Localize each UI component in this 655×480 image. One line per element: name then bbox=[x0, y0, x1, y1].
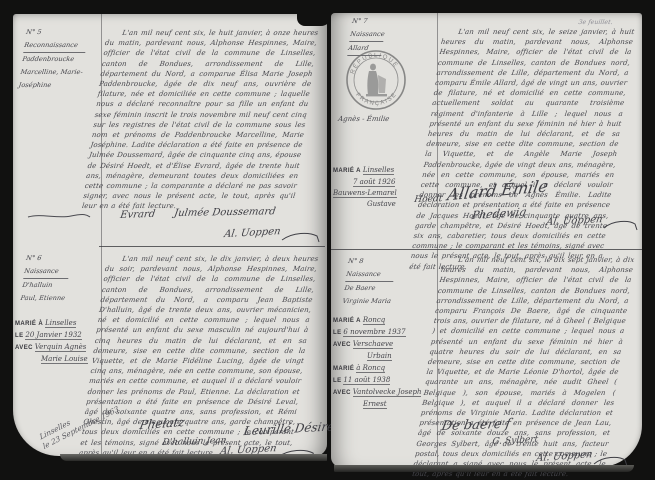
stamp-label: AVEC bbox=[333, 390, 351, 396]
stamp-value: Roncq bbox=[363, 316, 385, 325]
record-type: Reconnaissance bbox=[23, 39, 87, 53]
record5-body: L'an mil neuf cent six, le huit janvier,… bbox=[81, 28, 319, 212]
book-page-edge bbox=[334, 465, 634, 472]
record-type: Naissance bbox=[23, 265, 69, 279]
record5-margin-note: N° 5 Reconnaissance Paddenbroucke Marcel… bbox=[18, 26, 89, 92]
signature-paraph bbox=[281, 230, 321, 244]
stamp-value: Verquin Agnès bbox=[35, 343, 87, 352]
mention-spouse: Bauwens-Lemarel bbox=[333, 189, 397, 198]
record7-body: L'an mil neuf cent six, le seize janvier… bbox=[409, 27, 635, 272]
republique-francaise-seal-stamp: RÉPUBLIQUE FRANÇAISE bbox=[345, 49, 407, 115]
stamp-value: à Roncq bbox=[356, 364, 385, 373]
record-separator bbox=[331, 249, 642, 250]
stamp-value: Linselles bbox=[45, 319, 76, 328]
record-name: Paddenbroucke bbox=[21, 53, 85, 66]
child-name-note: Agnès - Émilie bbox=[337, 113, 390, 126]
record-name: Joséphine bbox=[18, 79, 82, 92]
stamp-label: MARIÉ A bbox=[333, 168, 361, 174]
margin-flourish bbox=[27, 212, 91, 220]
record-number: N° 6 bbox=[25, 252, 71, 265]
record8-body: L'an mil neuf cent six, le dix sept janv… bbox=[411, 255, 635, 479]
stamp-label: LE bbox=[333, 330, 341, 336]
marriage-stamp: MARIÉ A Roncq LE 6 novembre 1937 AVEC Ve… bbox=[333, 315, 406, 362]
record-name: D'halluin bbox=[21, 279, 67, 292]
record-number: N° 5 bbox=[25, 26, 89, 39]
record-name: Virginie Maria bbox=[342, 295, 392, 308]
marianne-figure bbox=[366, 64, 387, 97]
signature-witness: Hoedt bbox=[414, 194, 443, 205]
stamp-value: Ernest bbox=[363, 400, 387, 409]
stamp-value: 20 Janvier 1932 bbox=[25, 331, 81, 340]
mention-spouse: Gustave bbox=[367, 200, 396, 208]
record-name: Marcelline, Marie- bbox=[20, 66, 84, 79]
record-name: Paul, Etienne bbox=[20, 292, 66, 305]
stamp-value: Vantolvecke Joseph bbox=[353, 388, 422, 397]
book-page-edge bbox=[60, 454, 327, 461]
stamp-value: Marie Louise bbox=[41, 355, 88, 364]
marriage-mention: MARIÉ A Linselles 7 août 1926 Bauwens-Le… bbox=[333, 165, 397, 210]
signature-witness: Julmée Doussemard bbox=[173, 206, 276, 219]
signature-paraph bbox=[603, 218, 639, 232]
record-number: N° 7 bbox=[351, 15, 387, 28]
record-type: Naissance bbox=[345, 268, 395, 282]
stamp-label: MARIÉ À bbox=[15, 321, 43, 327]
book-gutter bbox=[297, 13, 331, 26]
record8-margin-note: N° 8 Naissance De Baere Virginie Maria bbox=[342, 255, 398, 308]
mention-date: 7 août 1926 bbox=[353, 178, 395, 187]
record-number: N° 8 bbox=[347, 255, 397, 268]
stamp-label: LE bbox=[15, 333, 23, 339]
record-separator bbox=[99, 246, 325, 247]
stamp-label: LE bbox=[333, 378, 341, 384]
signature-declarant: De baere f bbox=[440, 417, 511, 435]
marriage-stamp: MARIÉ à Roncq LE 11 août 1938 AVEC Vanto… bbox=[333, 363, 421, 410]
stamp-value: 6 novembre 1937 bbox=[343, 328, 405, 337]
stamp-value: 11 août 1938 bbox=[343, 376, 390, 385]
folio-corner-note: 3e feuillet. bbox=[578, 19, 613, 26]
record6-margin-note: N° 6 Naissance D'halluin Paul, Etienne bbox=[20, 252, 72, 305]
signature-witness: Evrard bbox=[119, 209, 155, 221]
register-scan: N° 5 Reconnaissance Paddenbroucke Marcel… bbox=[0, 0, 655, 480]
mention-place: Linselles bbox=[363, 166, 394, 175]
left-page: N° 5 Reconnaissance Paddenbroucke Marcel… bbox=[13, 14, 327, 456]
right-page: 3e feuillet. N° 7 Naissance Allard RÉPUB… bbox=[331, 13, 642, 467]
stamp-label: MARIÉ bbox=[333, 366, 354, 372]
signature-mayor: Al. Uoppen bbox=[223, 226, 281, 240]
stamp-value: Urbain bbox=[367, 352, 392, 361]
stamp-label: MARIÉ A bbox=[333, 318, 361, 324]
stamp-label: AVEC bbox=[333, 342, 351, 348]
record-type: Naissance bbox=[349, 28, 385, 42]
marriage-stamp: MARIÉ À Linselles LE 20 Janvier 1932 AVE… bbox=[15, 318, 88, 365]
record-name: Agnès - Émilie bbox=[337, 113, 390, 126]
record-name: De Baere bbox=[343, 282, 393, 295]
stamp-label: AVEC bbox=[15, 345, 33, 351]
stamp-value: Verschaeve bbox=[353, 340, 393, 349]
